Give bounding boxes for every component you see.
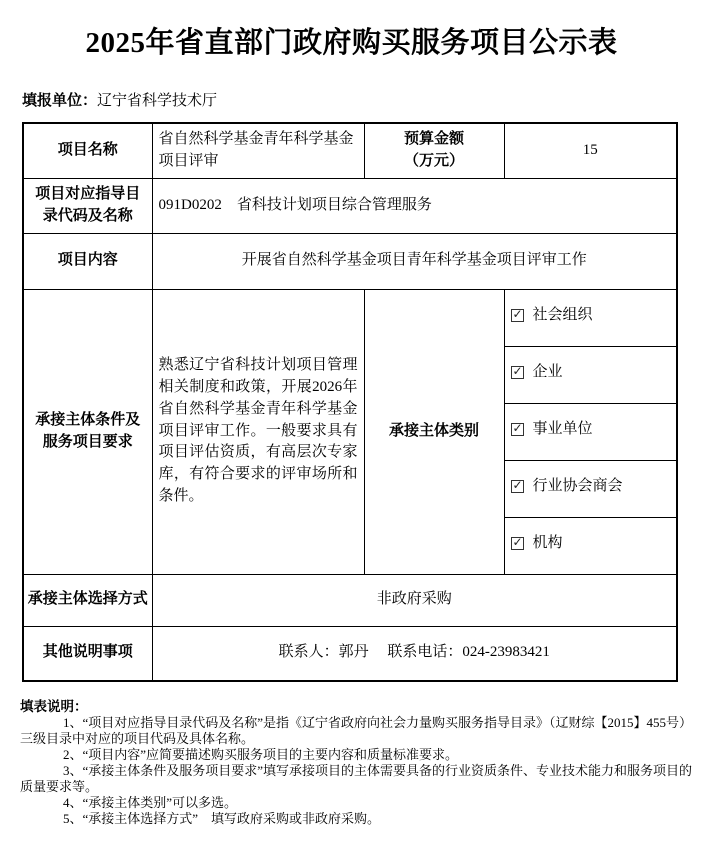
category-option: 行业协会商会: [504, 460, 677, 517]
checkbox-checked-icon: [511, 480, 524, 493]
note-item: 5、“承接主体选择方式” 填写政府采购或非政府采购。: [20, 811, 693, 827]
page-title: 2025年省直部门政府购买服务项目公示表: [0, 0, 703, 61]
selection-method-value: 非政府采购: [152, 574, 677, 626]
category-option-wrap: 企业: [511, 362, 563, 384]
selection-method-label: 承接主体选择方式: [23, 574, 152, 626]
checkbox-checked-icon: [511, 309, 524, 322]
category-option-label: 行业协会商会: [533, 476, 623, 498]
other-notes-value: 联系人：郭丹 联系电话：024-23983421: [152, 626, 677, 681]
notes-section: 填表说明： 1、“项目对应指导目录代码及名称”是指《辽宁省政府向社会力量购买服务…: [20, 699, 693, 827]
category-option-wrap: 事业单位: [511, 419, 593, 441]
category-option-label: 企业: [533, 362, 563, 384]
checkbox-checked-icon: [511, 423, 524, 436]
reporting-unit: 填报单位：辽宁省科学技术厅: [22, 89, 703, 110]
note-item: 3、“承接主体条件及服务项目要求”填写承接项目的主体需要具备的行业资质条件、专业…: [20, 763, 693, 795]
catalog-label: 项目对应指导目录代码及名称: [23, 178, 152, 233]
category-option: 企业: [504, 346, 677, 403]
other-notes-label: 其他说明事项: [23, 626, 152, 681]
content-value: 开展省自然科学基金项目青年科学基金项目评审工作: [152, 233, 677, 289]
project-name-label: 项目名称: [23, 123, 152, 178]
note-item: 4、“承接主体类别”可以多选。: [20, 795, 693, 811]
row-other-notes: 其他说明事项 联系人：郭丹 联系电话：024-23983421: [23, 626, 677, 681]
form-table: 项目名称 省自然科学基金青年科学基金项目评审 预算金额 （万元） 15 项目对应…: [22, 122, 678, 682]
row-selection-method: 承接主体选择方式 非政府采购: [23, 574, 677, 626]
category-option-label: 社会组织: [533, 305, 593, 327]
checkbox-checked-icon: [511, 366, 524, 379]
category-label: 承接主体类别: [364, 289, 504, 574]
note-item: 1、“项目对应指导目录代码及名称”是指《辽宁省政府向社会力量购买服务指导目录》（…: [20, 715, 693, 747]
row-content: 项目内容 开展省自然科学基金项目青年科学基金项目评审工作: [23, 233, 677, 289]
category-option: 社会组织: [504, 289, 677, 346]
requirements-value: 熟悉辽宁省科技计划项目管理相关制度和政策，开展2026年省自然科学基金青年科学基…: [152, 289, 364, 574]
category-option: 机构: [504, 517, 677, 574]
content-label: 项目内容: [23, 233, 152, 289]
project-name-value: 省自然科学基金青年科学基金项目评审: [152, 123, 364, 178]
category-option-label: 事业单位: [533, 419, 593, 441]
reporting-unit-value: 辽宁省科学技术厅: [97, 93, 217, 109]
budget-label: 预算金额 （万元）: [364, 123, 504, 178]
row-requirements: 承接主体条件及服务项目要求 熟悉辽宁省科技计划项目管理相关制度和政策，开展202…: [23, 289, 677, 346]
catalog-value: 091D0202 省科技计划项目综合管理服务: [152, 178, 677, 233]
category-option: 事业单位: [504, 403, 677, 460]
category-option-wrap: 行业协会商会: [511, 476, 623, 498]
note-item: 2、“项目内容”应简要描述购买服务项目的主要内容和质量标准要求。: [20, 747, 693, 763]
row-project-name: 项目名称 省自然科学基金青年科学基金项目评审 预算金额 （万元） 15: [23, 123, 677, 178]
category-option-wrap: 机构: [511, 533, 563, 555]
budget-value: 15: [504, 123, 677, 178]
checkbox-checked-icon: [511, 537, 524, 550]
requirements-label: 承接主体条件及服务项目要求: [23, 289, 152, 574]
notes-heading: 填表说明：: [20, 699, 693, 715]
category-option-wrap: 社会组织: [511, 305, 593, 327]
row-catalog: 项目对应指导目录代码及名称 091D0202 省科技计划项目综合管理服务: [23, 178, 677, 233]
document-page: 2025年省直部门政府购买服务项目公示表 填报单位：辽宁省科学技术厅 项目名称 …: [0, 0, 703, 845]
category-option-label: 机构: [533, 533, 563, 555]
reporting-unit-label: 填报单位：: [22, 93, 97, 109]
